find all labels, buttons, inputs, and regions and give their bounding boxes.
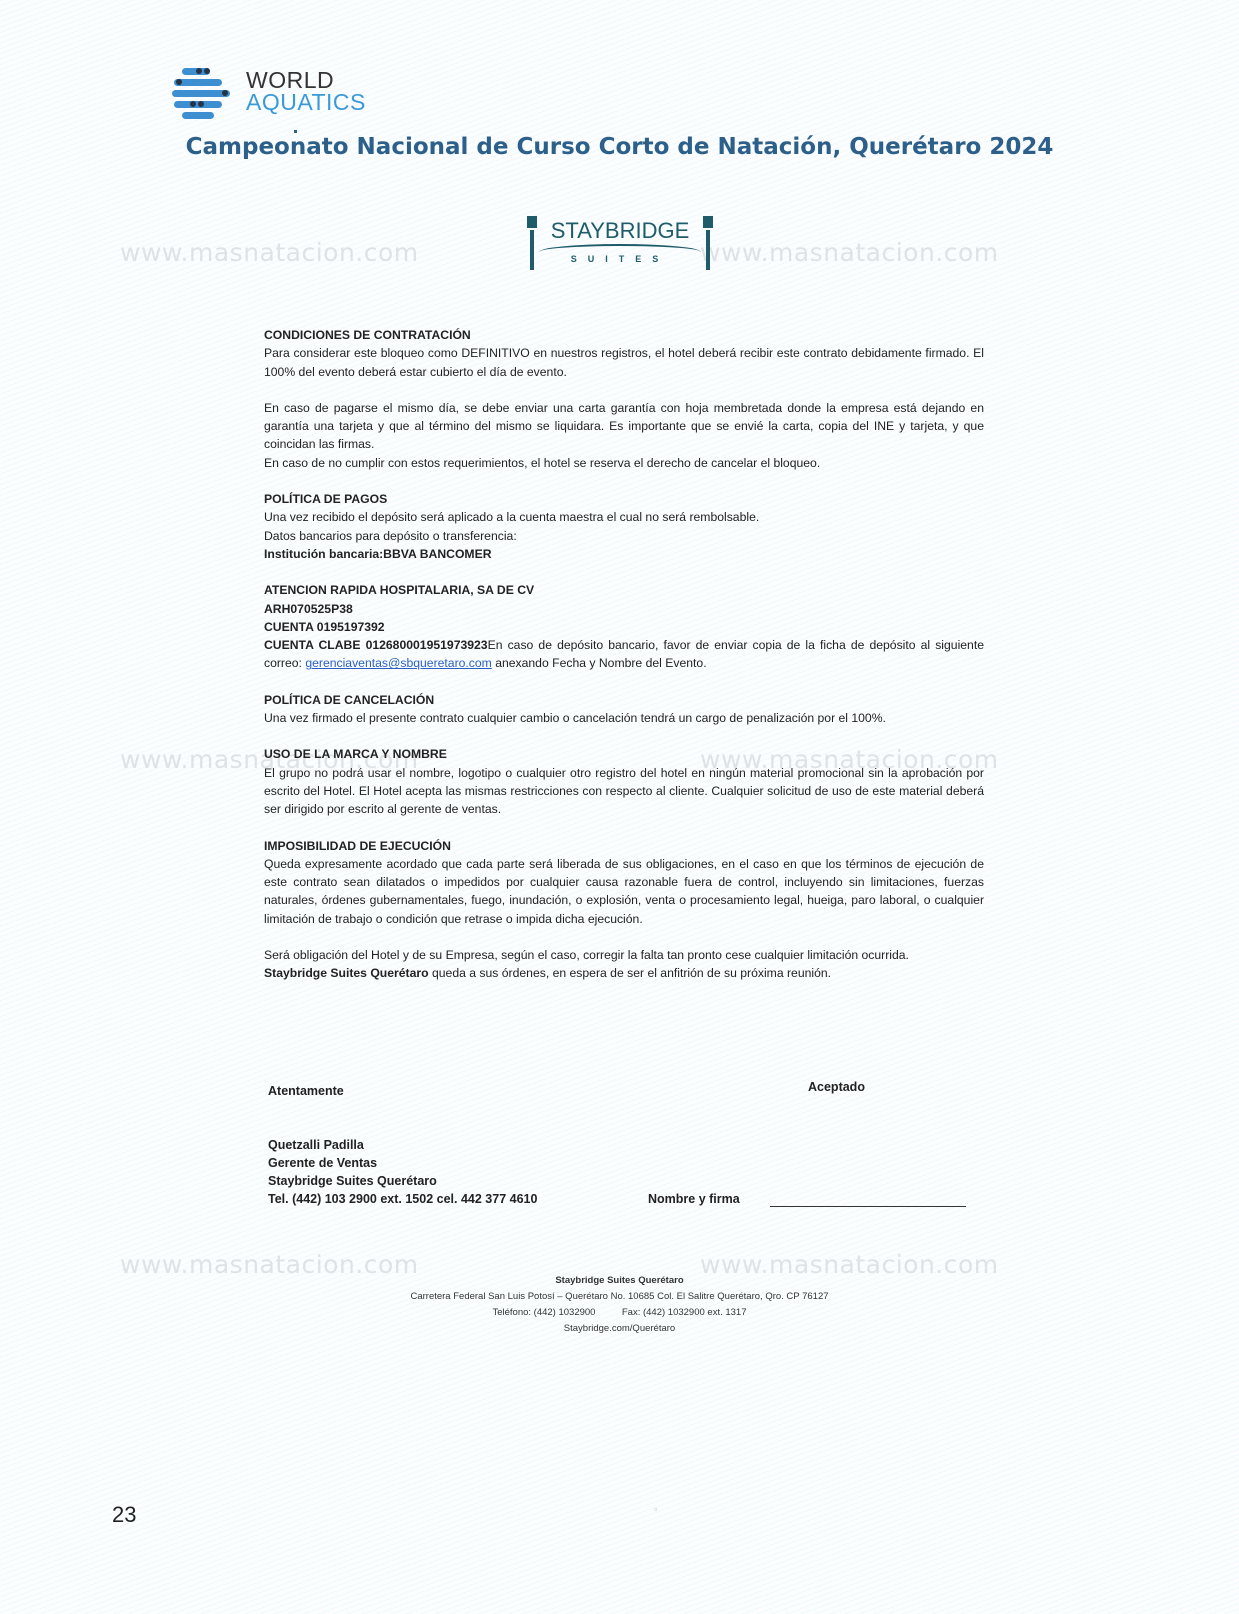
section-heading: CONDICIONES DE CONTRATACIÓN bbox=[264, 326, 984, 344]
paragraph: El grupo no podrá usar el nombre, logoti… bbox=[264, 764, 984, 819]
signature-block: Atentamente Quetzalli Padilla Gerente de… bbox=[268, 1082, 537, 1208]
bank-name: Institución bancaria:BBVA BANCOMER bbox=[264, 545, 984, 563]
paragraph: En caso de pagarse el mismo día, se debe… bbox=[264, 399, 984, 454]
paragraph: Una vez firmado el presente contrato cua… bbox=[264, 709, 984, 727]
logo-post-icon bbox=[703, 216, 713, 270]
logo-line-1: WORLD bbox=[246, 69, 366, 91]
rfc: ARH070525P38 bbox=[264, 600, 984, 618]
paragraph: Para considerar este bloqueo como DEFINI… bbox=[264, 344, 984, 381]
stray-dot bbox=[294, 130, 297, 133]
paragraph: Una vez recibido el depósito será aplica… bbox=[264, 508, 984, 526]
section-heading: POLÍTICA DE CANCELACIÓN bbox=[264, 691, 984, 709]
staybridge-name: STAYBRIDGE bbox=[541, 218, 699, 244]
world-aquatics-wordmark: WORLD AQUATICS bbox=[246, 69, 366, 113]
signer-phone: Tel. (442) 103 2900 ext. 1502 cel. 442 3… bbox=[268, 1190, 537, 1208]
section-heading: IMPOSIBILIDAD DE EJECUCIÓN bbox=[264, 837, 984, 855]
footer-phones: Teléfono: (442) 1032900 Fax: (442) 10329… bbox=[0, 1305, 1239, 1321]
logo-post-icon bbox=[527, 216, 537, 270]
page-title: Campeonato Nacional de Curso Corto de Na… bbox=[0, 134, 1239, 160]
page-number: 23 bbox=[112, 1502, 136, 1528]
email-link[interactable]: gerenciaventas@sbqueretaro.com bbox=[305, 656, 491, 670]
email-note: anexando Fecha y Nombre del Evento. bbox=[492, 656, 707, 670]
footer: Staybridge Suites Querétaro Carretera Fe… bbox=[0, 1273, 1239, 1337]
closing-text: queda a sus órdenes, en espera de ser el… bbox=[429, 966, 831, 980]
signer-name: Quetzalli Padilla bbox=[268, 1136, 537, 1154]
contract-body: CONDICIONES DE CONTRATACIÓN Para conside… bbox=[264, 326, 984, 983]
paragraph: Datos bancarios para depósito o transfer… bbox=[264, 527, 984, 545]
watermark: www.masnatacion.com bbox=[700, 238, 999, 267]
world-aquatics-logo: WORLD AQUATICS bbox=[172, 66, 392, 122]
clabe-number: CUENTA CLABE 012680001951973923 bbox=[264, 638, 488, 652]
closing-hotel: Staybridge Suites Querétaro bbox=[264, 966, 429, 980]
world-aquatics-logo-icon bbox=[172, 66, 230, 122]
section-heading: POLÍTICA DE PAGOS bbox=[264, 490, 984, 508]
clabe-paragraph: CUENTA CLABE 012680001951973923En caso d… bbox=[264, 636, 984, 673]
name-signature-label: Nombre y firma bbox=[648, 1192, 740, 1206]
footer-hotel-name: Staybridge Suites Querétaro bbox=[0, 1273, 1239, 1289]
staybridge-suites: SUITES bbox=[541, 254, 699, 264]
paragraph: En caso de no cumplir con estos requerim… bbox=[264, 454, 984, 472]
company-name: ATENCION RAPIDA HOSPITALARIA, SA DE CV bbox=[264, 581, 984, 599]
paragraph: Queda expresamente acordado que cada par… bbox=[264, 855, 984, 928]
small-mark-icon: ▫ bbox=[654, 1504, 668, 1518]
signature-line bbox=[770, 1206, 966, 1207]
watermark: www.masnatacion.com bbox=[120, 238, 419, 267]
footer-web: Staybridge.com/Querétaro bbox=[0, 1321, 1239, 1337]
footer-address: Carretera Federal San Luis Potosí – Quer… bbox=[0, 1289, 1239, 1305]
logo-line-2: AQUATICS bbox=[246, 91, 366, 113]
accepted-label: Aceptado bbox=[808, 1080, 865, 1094]
signer-hotel: Staybridge Suites Querétaro bbox=[268, 1172, 537, 1190]
signature-left-label: Atentamente bbox=[268, 1082, 537, 1100]
section-heading: USO DE LA MARCA Y NOMBRE bbox=[264, 745, 984, 763]
paragraph: Será obligación del Hotel y de su Empres… bbox=[264, 946, 984, 964]
staybridge-logo: STAYBRIDGE SUITES bbox=[527, 216, 713, 270]
account-number: CUENTA 0195197392 bbox=[264, 618, 984, 636]
closing-paragraph: Staybridge Suites Querétaro queda a sus … bbox=[264, 964, 984, 982]
signer-role: Gerente de Ventas bbox=[268, 1154, 537, 1172]
